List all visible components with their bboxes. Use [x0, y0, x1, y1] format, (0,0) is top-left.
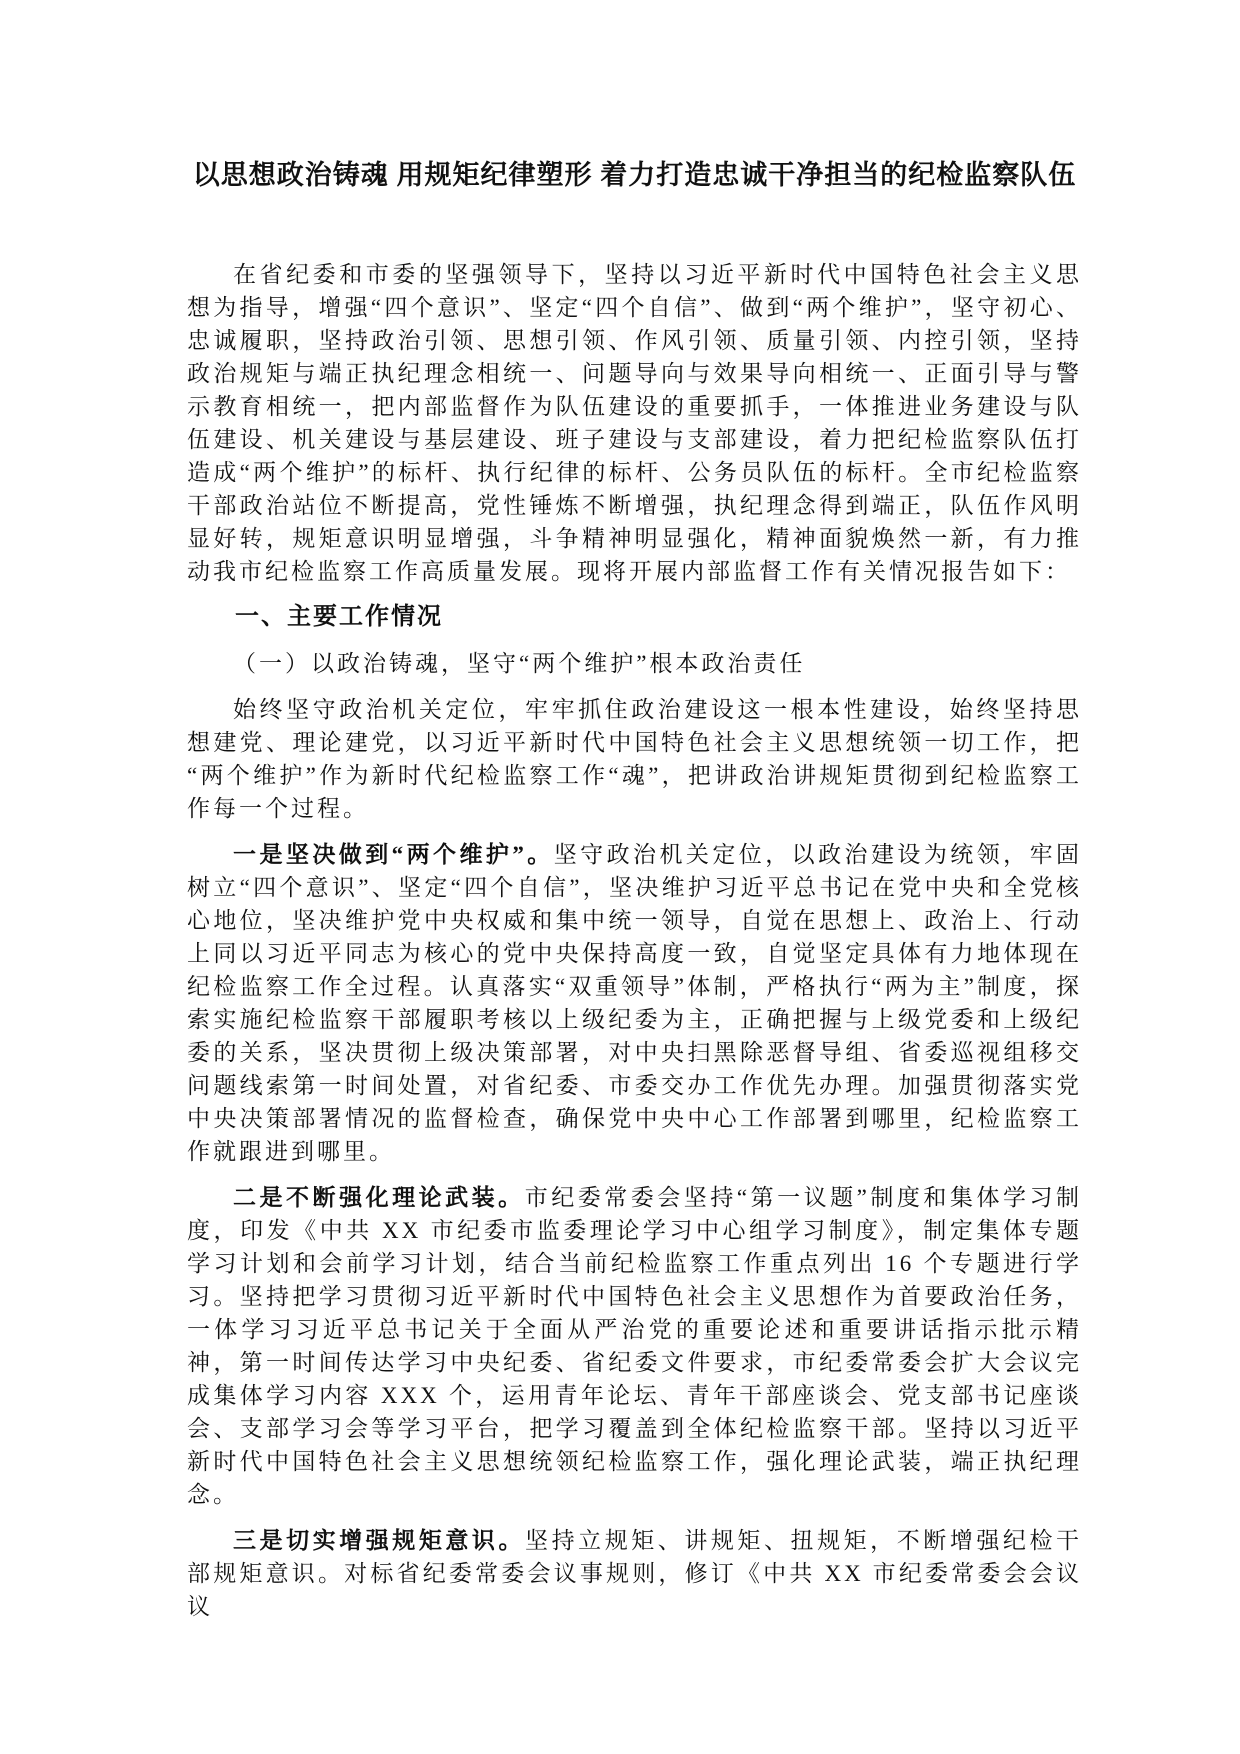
document-body: 在省纪委和市委的坚强领导下，坚持以习近平新时代中国特色社会主义思想为指导，增强“…	[187, 258, 1082, 1623]
item-3-lead: 三是切实增强规矩意识。	[233, 1528, 525, 1553]
subsection-paragraph: 始终坚守政治机关定位，牢牢抓住政治建设这一根本性建设，始终坚持思想建党、理论建党…	[187, 693, 1082, 825]
section-heading: 一、主要工作情况	[187, 601, 1082, 634]
intro-paragraph: 在省纪委和市委的坚强领导下，坚持以习近平新时代中国特色社会主义思想为指导，增强“…	[187, 258, 1082, 588]
item-1-body: 坚守政治机关定位，以政治建设为统领，牢固树立“四个意识”、坚定“四个自信”，坚决…	[187, 842, 1082, 1164]
item-1-lead: 一是坚决做到“两个维护”。	[233, 842, 554, 867]
item-paragraph-1: 一是坚决做到“两个维护”。坚守政治机关定位，以政治建设为统领，牢固树立“四个意识…	[187, 838, 1082, 1168]
document-title: 以思想政治铸魂 用规矩纪律塑形 着力打造忠诚干净担当的纪检监察队伍	[187, 154, 1082, 196]
item-2-lead: 二是不断强化理论武装。	[233, 1185, 525, 1210]
item-2-body: 市纪委常委会坚持“第一议题”制度和集体学习制度，印发《中共 XX 市纪委市监委理…	[187, 1185, 1082, 1507]
item-paragraph-2: 二是不断强化理论武装。市纪委常委会坚持“第一议题”制度和集体学习制度，印发《中共…	[187, 1181, 1082, 1511]
subsection-heading: （一）以政治铸魂，坚守“两个维护”根本政治责任	[187, 647, 1082, 680]
item-paragraph-3: 三是切实增强规矩意识。坚持立规矩、讲规矩、扭规矩，不断增强纪检干部规矩意识。对标…	[187, 1524, 1082, 1623]
document-page: 以思想政治铸魂 用规矩纪律塑形 着力打造忠诚干净担当的纪检监察队伍 在省纪委和市…	[0, 0, 1240, 1754]
